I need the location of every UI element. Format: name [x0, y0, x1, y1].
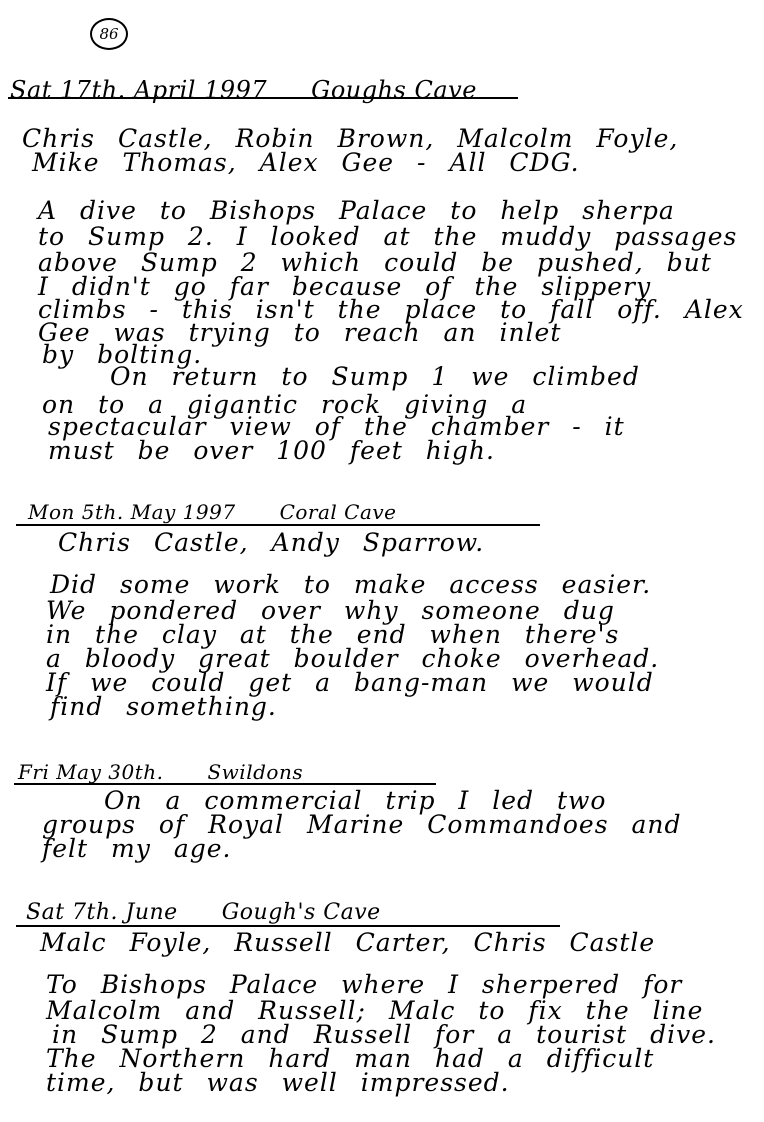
- entry-date: Sat 17th. April 1997: [10, 76, 267, 104]
- entry-date: Sat 7th. June: [26, 900, 178, 925]
- entry-date: Fri May 30th.: [18, 760, 163, 784]
- page-number: 86: [90, 18, 128, 50]
- body-line: A dive to Bishops Palace to help sherpa: [38, 196, 675, 225]
- heading-underline: [8, 97, 518, 99]
- party-line: Malc Foyle, Russell Carter, Chris Castle: [40, 928, 655, 957]
- body-line: To Bishops Palace where I sherpered for: [46, 970, 682, 999]
- entry-heading: Fri May 30th.Swildons: [18, 760, 303, 784]
- heading-underline: [16, 524, 540, 526]
- entry-cave: Coral Cave: [280, 500, 397, 524]
- body-line: to Sump 2. I looked at the muddy passage…: [38, 222, 737, 251]
- party-line: Mike Thomas, Alex Gee - All CDG.: [32, 148, 580, 177]
- body-line: On return to Sump 1 we climbed: [110, 362, 640, 391]
- body-line: must be over 100 feet high.: [48, 436, 495, 465]
- party-line: Chris Castle, Andy Sparrow.: [58, 528, 484, 557]
- entry-cave: Swildons: [207, 760, 303, 784]
- heading-underline: [14, 783, 436, 785]
- body-line: felt my age.: [42, 834, 231, 863]
- body-line: find something.: [50, 692, 277, 721]
- entry-date: Mon 5th. May 1997: [28, 500, 236, 524]
- entry-heading: Mon 5th. May 1997Coral Cave: [28, 500, 397, 524]
- body-line: time, but was well impressed.: [46, 1068, 510, 1097]
- entry-cave: Gough's Cave: [222, 900, 381, 925]
- entry-heading: Sat 7th. JuneGough's Cave: [26, 900, 381, 925]
- entry-heading: Sat 17th. April 1997Goughs Cave: [10, 76, 477, 104]
- body-line: Did some work to make access easier.: [50, 570, 651, 599]
- heading-underline: [16, 925, 560, 927]
- entry-cave: Goughs Cave: [311, 76, 477, 104]
